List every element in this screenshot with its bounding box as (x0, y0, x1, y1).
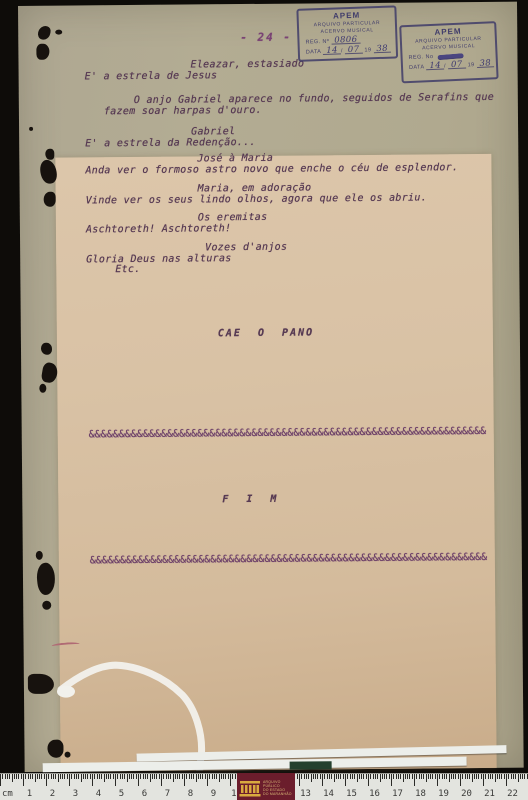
ruler-tick (108, 774, 109, 779)
ruler-tick (308, 774, 309, 779)
ruler-tick (115, 774, 116, 786)
ruler-tick (478, 774, 479, 779)
ink-blotch (35, 562, 57, 596)
ruler-tick (490, 774, 491, 779)
ruler-tick (14, 774, 15, 779)
ruler-tick (131, 774, 132, 779)
ruler-tick (384, 774, 385, 779)
ruler-tick (28, 774, 29, 779)
ruler-number: 14 (323, 789, 334, 799)
script-line: E' a estrela de Jesus (85, 71, 218, 82)
ruler-tick (140, 774, 141, 779)
ruler-tick (363, 774, 364, 779)
ruler-tick (205, 774, 206, 779)
ruler-number: 6 (142, 789, 147, 799)
ruler-tick (41, 774, 42, 779)
ruler-tick (412, 774, 413, 779)
ruler-tick (501, 774, 502, 779)
archive-logo: ARQUIVO PÚBLICO DO ESTADO DO MARANHÃO (237, 773, 295, 800)
ruler-tick (214, 774, 215, 779)
ruler-tick (152, 774, 153, 779)
ruler-number: 2 (50, 789, 55, 799)
ruler-tick (382, 774, 383, 779)
ruler-tick (48, 774, 49, 779)
ruler-tick (113, 774, 114, 779)
ink-blotch (45, 149, 54, 160)
ruler-tick (209, 774, 210, 779)
ruler-tick (467, 774, 468, 779)
ruler-tick (357, 774, 358, 782)
ruler-tick (345, 774, 346, 786)
green-backing-sliver (290, 761, 332, 769)
ruler-tick (150, 774, 151, 782)
date-label: DATA (306, 49, 322, 56)
ruler-tick (481, 774, 482, 779)
ruler-tick (451, 774, 452, 779)
ruler-tick (69, 774, 70, 786)
ruler-tick (64, 774, 65, 779)
ink-blotch (65, 752, 71, 758)
ruler-tick (168, 774, 169, 779)
ruler-tick (304, 774, 305, 779)
date-year-handwritten: 38 (373, 46, 391, 54)
ruler-tick (522, 774, 523, 779)
ruler-tick (2, 774, 3, 779)
ruler-tick (163, 774, 164, 779)
ruler-tick (9, 774, 10, 779)
ruler-tick (430, 774, 431, 779)
ruler-number: 1 (27, 789, 32, 799)
ruler-tick (324, 774, 325, 779)
ink-blotch (47, 740, 63, 758)
ruler-number: 15 (346, 789, 357, 799)
script-cue-vozes: Vozes d'anjos (205, 243, 287, 254)
ruler-tick (51, 774, 52, 779)
ruler-tick (104, 774, 105, 782)
ruler-tick (212, 774, 213, 779)
ruler-tick (336, 774, 337, 779)
ruler-tick (184, 774, 185, 786)
ruler-tick (60, 774, 61, 779)
stage-direction: fazem soar harpas d'ouro. (104, 106, 262, 117)
date-label: DATA (409, 64, 425, 71)
ruler-tick (329, 774, 330, 779)
ruler-tick (462, 774, 463, 779)
ruler-tick (189, 774, 190, 779)
ruler-number: 22 (507, 789, 518, 799)
building-icon (239, 778, 261, 798)
curtain-falls-line: CAE O PANO (218, 328, 314, 339)
ruler-tick (311, 774, 312, 782)
ruler-tick (0, 774, 1, 786)
ruler-tick (129, 774, 130, 779)
ink-blotch (41, 362, 59, 384)
ruler-tick (87, 774, 88, 779)
date-month-handwritten: 07 (345, 47, 363, 55)
ruler-tick (175, 774, 176, 779)
ruler-tick (398, 774, 399, 779)
date-day-handwritten: 14 (426, 62, 444, 70)
ink-blotch (29, 127, 33, 131)
ruler-tick (58, 774, 59, 782)
ruler-tick (414, 774, 415, 786)
ruler-tick (230, 774, 231, 786)
ink-blotch (55, 30, 62, 35)
ruler-tick (173, 774, 174, 782)
ruler-tick (159, 774, 160, 779)
ruler-number: 18 (415, 789, 426, 799)
script-line: Aschtoreth! Aschtoreth! (86, 224, 231, 235)
date-year-printed: 19 (364, 47, 371, 53)
ink-blotch (36, 551, 43, 560)
ruler-tick (92, 774, 93, 786)
ruler-number: 17 (392, 789, 403, 799)
ruler-tick (136, 774, 137, 779)
ruler-tick (340, 774, 341, 779)
ruler-tick (76, 774, 77, 779)
ruler-tick (334, 774, 335, 782)
paper-sheet: - 24 - Eleazar, estasiado E' a estrela d… (18, 2, 524, 772)
ruler-tick (62, 774, 63, 779)
ruler-tick (143, 774, 144, 779)
ruler-tick (182, 774, 183, 779)
ruler-tick (99, 774, 100, 779)
ruler-tick (147, 774, 148, 779)
ruler-tick (315, 774, 316, 779)
ruler-tick (375, 774, 376, 779)
logo-text-line: DO MARANHÃO (263, 792, 292, 796)
ruler-tick (455, 774, 456, 779)
ruler-tick (428, 774, 429, 779)
ruler-tick (83, 774, 84, 779)
archive-stamp-1: APEM ARQUIVO PARTICULAR ACERVO MUSICAL R… (296, 5, 398, 61)
ruler-tick (460, 774, 461, 786)
ruler-tick (32, 774, 33, 779)
ruler-number: 8 (188, 789, 193, 799)
ruler-tick (373, 774, 374, 779)
ruler-tick (221, 774, 222, 779)
ruler-tick (343, 774, 344, 779)
ruler-tick (435, 774, 436, 779)
ruler-tick (518, 774, 519, 782)
ruler-tick (444, 774, 445, 779)
archive-logo-text: ARQUIVO PÚBLICO DO ESTADO DO MARANHÃO (263, 780, 292, 796)
ruler-tick (393, 774, 394, 779)
ruler-tick (513, 774, 514, 779)
ruler-tick (331, 774, 332, 779)
ruler-tick (449, 774, 450, 782)
ruler-tick (506, 774, 507, 786)
ruler-tick (389, 774, 390, 779)
date-year-handwritten: 38 (476, 60, 494, 68)
ruler-tick (403, 774, 404, 782)
ruler-tick (442, 774, 443, 779)
stamp-date-row: DATA 14 / 07 19 38 (306, 45, 396, 55)
script-line: E' a estrela da Redenção... (85, 138, 256, 149)
ruler-tick (124, 774, 125, 779)
ink-blotch (44, 192, 56, 207)
ruler-tick (198, 774, 199, 779)
ink-blotch (37, 24, 52, 41)
ruler-tick (386, 774, 387, 779)
reg-value-handwritten: 0806 (331, 37, 360, 45)
ruler-tick (370, 774, 371, 779)
ruler-tick (511, 774, 512, 779)
ink-blotch (39, 384, 46, 393)
ruler-tick (515, 774, 516, 779)
ruler-tick (322, 774, 323, 786)
ruler-number: 3 (73, 789, 78, 799)
reg-label: REG. No (409, 54, 434, 61)
ruler-tick (407, 774, 408, 779)
ruler-tick (30, 774, 31, 779)
ruler-tick (90, 774, 91, 779)
ruler-tick (313, 774, 314, 779)
date-year-printed: 19 (468, 62, 475, 68)
ruler-tick (400, 774, 401, 779)
ruler-tick (232, 774, 233, 779)
ruler-number: 21 (484, 789, 495, 799)
ruler-tick (483, 774, 484, 786)
ruler-tick (120, 774, 121, 779)
ruler-tick (18, 774, 19, 779)
ruler-tick (71, 774, 72, 779)
ruler-tick (46, 774, 47, 786)
ruler-tick (485, 774, 486, 779)
ruler-tick (133, 774, 134, 779)
ruler-tick (352, 774, 353, 779)
ruler-tick (421, 774, 422, 779)
ruler-tick (469, 774, 470, 779)
ruler-tick (44, 774, 45, 779)
ruler-tick (122, 774, 123, 779)
ruler-tick (74, 774, 75, 779)
script-cue-jose: José à Maria (197, 154, 273, 165)
ink-blotch (41, 343, 52, 355)
ruler-tick (161, 774, 162, 786)
ruler-tick (492, 774, 493, 779)
ruler-tick (301, 774, 302, 779)
ruler-tick (423, 774, 424, 779)
ruler: cm ARQUIVO PÚBLICO DO ESTADO DO MARANHÃO… (0, 773, 528, 800)
ruler-tick (377, 774, 378, 779)
ruler-number: 4 (96, 789, 101, 799)
script-line: Gloria Deus nas alturas (86, 254, 231, 265)
script-line-etc: Etc. (115, 265, 140, 275)
ruler-tick (200, 774, 201, 779)
ruler-tick (317, 774, 318, 779)
ruler-tick (396, 774, 397, 779)
ruler-tick (223, 774, 224, 779)
reg-label: REG. Nº (305, 39, 329, 46)
ruler-tick (504, 774, 505, 779)
ruler-tick (354, 774, 355, 779)
script-cue-eremitas: Os eremitas (198, 213, 268, 224)
ruler-tick (495, 774, 496, 782)
ruler-tick (297, 774, 298, 779)
ruler-tick (117, 774, 118, 779)
ruler-tick (110, 774, 111, 779)
ruler-tick (81, 774, 82, 782)
ruler-tick (409, 774, 410, 779)
fim-end-marker: F I M (222, 495, 282, 506)
ruler-tick (156, 774, 157, 779)
ruler-tick (359, 774, 360, 779)
ruler-tick (405, 774, 406, 779)
ruler-tick (85, 774, 86, 779)
ruler-tick (196, 774, 197, 782)
ruler-tick (145, 774, 146, 779)
ruler-tick (53, 774, 54, 779)
ruler-tick (446, 774, 447, 779)
scanned-document-page: - 24 - Eleazar, estasiado E' a estrela d… (0, 0, 528, 800)
ruler-tick (170, 774, 171, 779)
ruler-tick (350, 774, 351, 779)
ruler-tick (127, 774, 128, 782)
script-cue-eleazar: Eleazar, estasiado (190, 60, 304, 71)
ruler-tick (391, 774, 392, 786)
ink-blotch (36, 44, 49, 60)
ruler-tick (94, 774, 95, 779)
ruler-tick (166, 774, 167, 779)
ruler-tick (16, 774, 17, 779)
ruler-tick (299, 774, 300, 786)
ruler-tick (219, 774, 220, 782)
ruler-tick (106, 774, 107, 779)
ruler-tick (499, 774, 500, 779)
ruler-tick (67, 774, 68, 779)
ruler-number: 19 (438, 789, 449, 799)
ruler-number: 16 (369, 789, 380, 799)
ruler-tick (228, 774, 229, 779)
ruler-tick (207, 774, 208, 786)
ruler-number: 7 (165, 789, 170, 799)
ruler-tick (7, 774, 8, 779)
ruler-tick (186, 774, 187, 779)
ruler-tick (216, 774, 217, 779)
ruler-tick (235, 774, 236, 779)
ruler-tick (101, 774, 102, 779)
ruler-tick (97, 774, 98, 779)
ruler-tick (78, 774, 79, 779)
ruler-tick (458, 774, 459, 779)
ruler-tick (202, 774, 203, 779)
ruler-number: 9 (211, 789, 216, 799)
ruler-unit-label: cm (2, 789, 13, 799)
ruler-tick (347, 774, 348, 779)
ruler-tick (520, 774, 521, 779)
ruler-tick (426, 774, 427, 782)
page-number: - 24 - (240, 31, 292, 44)
ink-blotch (42, 601, 51, 610)
ruler-tick (191, 774, 192, 779)
ruler-tick (5, 774, 6, 779)
ruler-tick (476, 774, 477, 779)
ruler-tick (416, 774, 417, 779)
ruler-tick (21, 774, 22, 779)
ruler-number: 20 (461, 789, 472, 799)
ruler-tick (12, 774, 13, 782)
ink-blotch (28, 674, 54, 694)
ruler-tick (338, 774, 339, 779)
ruler-tick (368, 774, 369, 786)
ruler-tick (327, 774, 328, 779)
ruler-tick (472, 774, 473, 782)
ruler-tick (488, 774, 489, 779)
ruler-tick (439, 774, 440, 779)
ruler-tick (366, 774, 367, 779)
ruler-number: 13 (300, 789, 311, 799)
ruler-tick (453, 774, 454, 779)
ruler-tick (497, 774, 498, 779)
ruler-tick (179, 774, 180, 779)
ruler-tick (508, 774, 509, 779)
ruler-tick (225, 774, 226, 779)
ruler-tick (23, 774, 24, 786)
ruler-tick (380, 774, 381, 782)
ruler-tick (320, 774, 321, 779)
ruler-tick (25, 774, 26, 779)
ruler-tick (35, 774, 36, 782)
ruler-tick (419, 774, 420, 779)
script-cue-gabriel: Gabriel (191, 127, 235, 137)
stage-direction: O anjo Gabriel aparece no fundo, seguido… (134, 93, 494, 106)
ruler-tick (465, 774, 466, 779)
ruler-tick (524, 774, 525, 779)
ruler-tick (39, 774, 40, 779)
ruler-tick (37, 774, 38, 779)
ruler-tick (437, 774, 438, 786)
stamp-date-row: DATA 14 / 07 19 38 (409, 60, 496, 71)
ruler-tick (138, 774, 139, 786)
date-month-handwritten: 07 (448, 62, 466, 70)
ruler-tick (306, 774, 307, 779)
ruler-number: 5 (119, 789, 124, 799)
ruler-tick (55, 774, 56, 779)
ruler-tick (193, 774, 194, 779)
archive-stamp-2: APEM ARQUIVO PARTICULAR ACERVO MUSICAL R… (399, 21, 498, 83)
date-day-handwritten: 14 (323, 47, 341, 55)
ruler-tick (177, 774, 178, 779)
ruler-tick (432, 774, 433, 779)
ruler-tick (361, 774, 362, 779)
ruler-tick (154, 774, 155, 779)
ruler-tick (474, 774, 475, 779)
